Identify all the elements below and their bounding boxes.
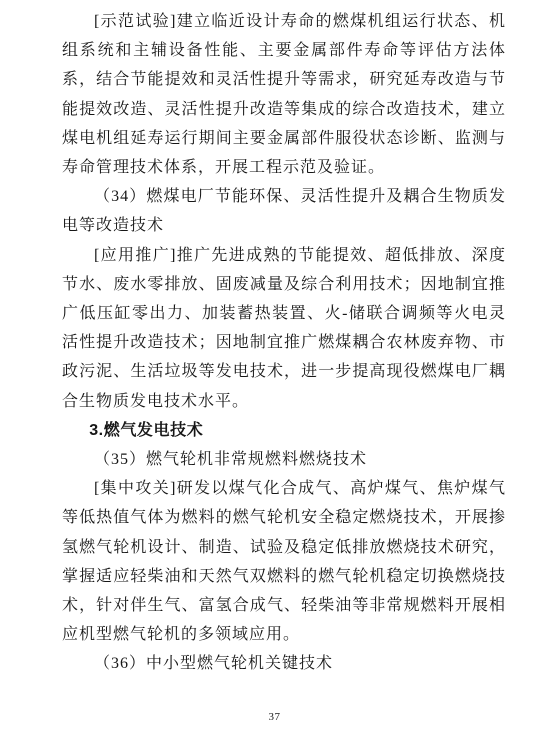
document-body: [示范试验]建立临近设计寿命的燃煤机组运行状态、机组系统和主辅设备性能、主要金属…: [62, 7, 506, 679]
paragraph-focused-research: [集中攻关]研发以煤气化合成气、高炉煤气、焦炉煤气等低热值气体为燃料的燃气轮机安…: [62, 474, 506, 649]
document-page: [示范试验]建立临近设计寿命的燃煤机组运行状态、机组系统和主辅设备性能、主要金属…: [0, 0, 549, 737]
paragraph-item-34: （34）燃煤电厂节能环保、灵活性提升及耦合生物质发电等改造技术: [62, 182, 506, 240]
paragraph-application-promotion: [应用推广]推广先进成熟的节能提效、超低排放、深度节水、废水零排放、固废减量及综…: [62, 241, 506, 416]
section-heading-gas-power-technology: 3.燃气发电技术: [62, 416, 506, 445]
paragraph-item-35: （35）燃气轮机非常规燃料燃烧技术: [62, 445, 506, 474]
paragraph-item-36: （36）中小型燃气轮机关键技术: [62, 649, 506, 678]
page-number: 37: [0, 711, 549, 723]
paragraph-demonstration-test: [示范试验]建立临近设计寿命的燃煤机组运行状态、机组系统和主辅设备性能、主要金属…: [62, 7, 506, 182]
